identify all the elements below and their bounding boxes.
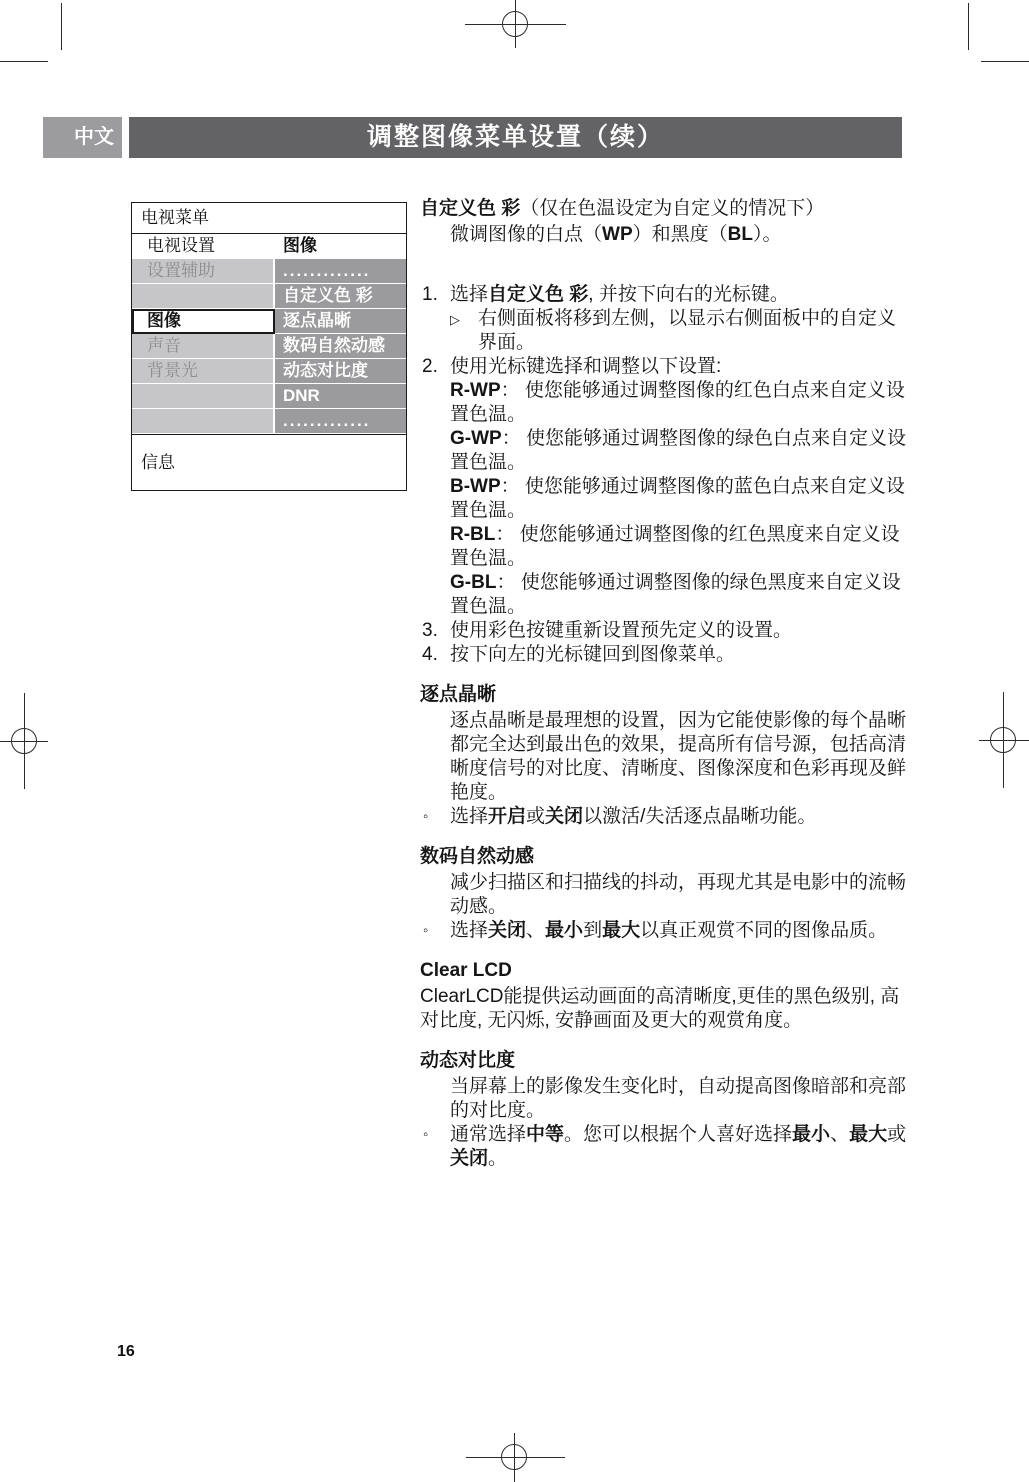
text-run: 开启	[488, 806, 526, 827]
menu-item-left	[132, 284, 275, 309]
instructions-text: 自定义色 彩（仅在色温设定为自定义的情况下）微调图像的白点（WP）和黑度（BL）…	[420, 197, 912, 1171]
menu-item-selected: 图像	[132, 309, 275, 334]
text-run: 按下向左的光标键回到图像菜单。	[450, 644, 735, 665]
text-line: 3.使用彩色按键重新设置预先定义的设置。	[420, 619, 912, 643]
text-line: G-WP： 使您能够通过调整图像的绿色白点来自定义设置色温。	[420, 427, 912, 475]
page-title: 调整图像菜单设置（续）	[129, 117, 902, 158]
text-run: WP	[602, 224, 633, 245]
text-run: G-BL	[450, 572, 496, 593]
text-line: 逐点晶晰是最理想的设置，因为它能使影像的每个晶晰都完全达到最出色的效果，提高所有…	[420, 709, 912, 805]
text-run: 最大	[849, 1124, 887, 1145]
text-run: 微调图像的白点（	[450, 224, 602, 245]
section-heading: Clear LCD	[420, 959, 912, 983]
text-line: ◦选择开启或关闭以激活/失活逐点晶晰功能。	[420, 805, 912, 829]
text-run: 使用彩色按键重新设置预先定义的设置。	[450, 620, 792, 641]
menu-row: 自定义色 彩	[132, 284, 406, 309]
menu-row: DNR	[132, 384, 406, 409]
section-heading: 自定义色 彩（仅在色温设定为自定义的情况下）	[420, 197, 912, 221]
menu-item-right: 自定义色 彩	[275, 284, 406, 309]
text-run: ）和黑度（	[633, 224, 728, 245]
menu-item-left	[132, 384, 275, 409]
menu-row: .............	[132, 409, 406, 434]
menu-item-right: DNR	[275, 384, 406, 409]
text-run: ： 使您能够通过调整图像的红色白点来自定义设置色温。	[450, 380, 905, 425]
text-run: ClearLCD能提供运动画面的高清晰度,更佳的黑色级别, 高对比度, 无闪烁,…	[420, 986, 899, 1031]
section-heading: 逐点晶晰	[420, 683, 912, 707]
language-tab: 中文	[43, 117, 122, 158]
text-line: 当屏幕上的影像发生变化时，自动提高图像暗部和亮部的对比度。	[420, 1075, 912, 1123]
page-number: 16	[117, 1343, 135, 1361]
text-run: Clear LCD	[420, 960, 512, 981]
text-run: , 并按下向右的光标键。	[588, 284, 789, 305]
menu-row: 背景光动态对比度	[132, 359, 406, 384]
text-line: R-WP： 使您能够通过调整图像的红色白点来自定义设置色温。	[420, 379, 912, 427]
text-run: ： 使您能够通过调整图像的绿色白点来自定义设置色温。	[450, 428, 906, 473]
bullet-marker-icon: ◦	[423, 919, 428, 943]
text-run: 动态对比度	[420, 1050, 515, 1071]
text-run: 以激活/失活逐点晶晰功能。	[583, 806, 816, 827]
list-number: 1.	[422, 283, 438, 307]
text-run: 最大	[602, 920, 640, 941]
menu-item-left: 声音	[132, 334, 275, 359]
text-run: 、	[830, 1124, 849, 1145]
section-heading: 动态对比度	[420, 1049, 912, 1073]
text-run: 数码自然动感	[420, 846, 534, 867]
text-run: 关闭	[450, 1148, 488, 1169]
text-run: 关闭	[545, 806, 583, 827]
menu-item-left: 电视设置	[132, 234, 275, 259]
text-line: ◦通常选择中等。您可以根据个人喜好选择最小、最大或关闭。	[420, 1123, 912, 1171]
text-run: BL	[728, 224, 753, 245]
menu-title: 电视菜单	[132, 203, 406, 234]
text-run: ： 使您能够通过调整图像的绿色黑度来自定义设置色温。	[450, 572, 901, 617]
text-line: 微调图像的白点（WP）和黑度（BL）。	[420, 223, 912, 247]
menu-footer-info: 信息	[132, 434, 406, 473]
text-run: 以真正观赏不同的图像品质。	[640, 920, 887, 941]
menu-item-left: 设置辅助	[132, 259, 275, 284]
spacer	[420, 247, 912, 283]
text-line: 减少扫描区和扫描线的抖动，再现尤其是电影中的流畅动感。	[420, 871, 912, 919]
text-run: R-WP	[450, 380, 501, 401]
text-line: R-BL： 使您能够通过调整图像的红色黑度来自定义设置色温。	[420, 523, 912, 571]
text-run: B-WP	[450, 476, 501, 497]
text-line: 1.选择自定义色 彩, 并按下向右的光标键。	[420, 283, 912, 307]
text-line: ▷右侧面板将移到左侧，以显示右侧面板中的自定义界面。	[420, 307, 912, 355]
text-run: 选择	[450, 920, 488, 941]
text-run: 选择	[450, 806, 488, 827]
bullet-marker-icon: ◦	[423, 1123, 428, 1147]
menu-item-right: 动态对比度	[275, 359, 406, 384]
triangle-marker-icon: ▷	[450, 308, 460, 332]
text-run: 。您可以根据个人喜好选择	[564, 1124, 792, 1145]
text-run: 关闭	[488, 920, 526, 941]
text-run: 逐点晶晰是最理想的设置，因为它能使影像的每个晶晰都完全达到最出色的效果，提高所有…	[450, 710, 906, 803]
text-run: 最小	[792, 1124, 830, 1145]
menu-item-left: 背景光	[132, 359, 275, 384]
text-run: 自定义色 彩	[420, 198, 520, 219]
list-number: 3.	[422, 619, 438, 643]
list-number: 2.	[422, 355, 438, 379]
list-number: 4.	[422, 643, 438, 667]
text-run: （仅在色温设定为自定义的情况下）	[520, 198, 824, 219]
text-run: 通常选择	[450, 1124, 526, 1145]
text-run: 到	[583, 920, 602, 941]
menu-row: 声音数码自然动感	[132, 334, 406, 359]
text-run: 使用光标键选择和调整以下设置:	[450, 356, 721, 377]
text-line: B-WP： 使您能够通过调整图像的蓝色白点来自定义设置色温。	[420, 475, 912, 523]
menu-item-right: 逐点晶晰	[275, 309, 406, 334]
menu-item-right: 数码自然动感	[275, 334, 406, 359]
spacer	[420, 943, 912, 959]
text-line: 2.使用光标键选择和调整以下设置:	[420, 355, 912, 379]
text-run: 右侧面板将移到左侧，以显示右侧面板中的自定义界面。	[478, 308, 896, 353]
text-run: 逐点晶晰	[420, 684, 496, 705]
text-run: 自定义色 彩	[488, 284, 588, 305]
text-run: 、	[526, 920, 545, 941]
text-line: ClearLCD能提供运动画面的高清晰度,更佳的黑色级别, 高对比度, 无闪烁,…	[420, 985, 912, 1033]
bullet-marker-icon: ◦	[423, 805, 428, 829]
text-run: 选择	[450, 284, 488, 305]
spacer	[420, 667, 912, 683]
spacer	[420, 1033, 912, 1049]
text-run: 中等	[526, 1124, 564, 1145]
menu-item-left	[132, 409, 275, 434]
tv-menu-figure: 电视菜单 电视设置图像设置辅助.............自定义色 彩图像逐点晶晰…	[131, 202, 407, 491]
text-line: ◦选择关闭、最小到最大以真正观赏不同的图像品质。	[420, 919, 912, 943]
text-run: ： 使您能够通过调整图像的红色黑度来自定义设置色温。	[450, 524, 900, 569]
text-run: ）。	[753, 224, 782, 245]
text-run: 当屏幕上的影像发生变化时，自动提高图像暗部和亮部的对比度。	[450, 1076, 906, 1121]
menu-item-dots: .............	[275, 259, 406, 284]
menu-item-right: 图像	[275, 234, 406, 259]
text-run: 或	[887, 1124, 906, 1145]
text-run: G-WP	[450, 428, 502, 449]
menu-row: 电视设置图像	[132, 234, 406, 259]
text-run: 。	[488, 1148, 507, 1169]
spacer	[420, 829, 912, 845]
section-heading: 数码自然动感	[420, 845, 912, 869]
menu-rows: 电视设置图像设置辅助.............自定义色 彩图像逐点晶晰声音数码自…	[132, 234, 406, 434]
menu-row: 设置辅助.............	[132, 259, 406, 284]
menu-item-dots: .............	[275, 409, 406, 434]
text-run: 或	[526, 806, 545, 827]
text-run: 减少扫描区和扫描线的抖动，再现尤其是电影中的流畅动感。	[450, 872, 906, 917]
manual-page: 中文 调整图像菜单设置（续） 电视菜单 电视设置图像设置辅助..........…	[0, 0, 1029, 1482]
text-line: G-BL： 使您能够通过调整图像的绿色黑度来自定义设置色温。	[420, 571, 912, 619]
text-run: R-BL	[450, 524, 495, 545]
menu-row: 图像逐点晶晰	[132, 309, 406, 334]
text-line: 4.按下向左的光标键回到图像菜单。	[420, 643, 912, 667]
text-run: ： 使您能够通过调整图像的蓝色白点来自定义设置色温。	[450, 476, 905, 521]
text-run: 最小	[545, 920, 583, 941]
